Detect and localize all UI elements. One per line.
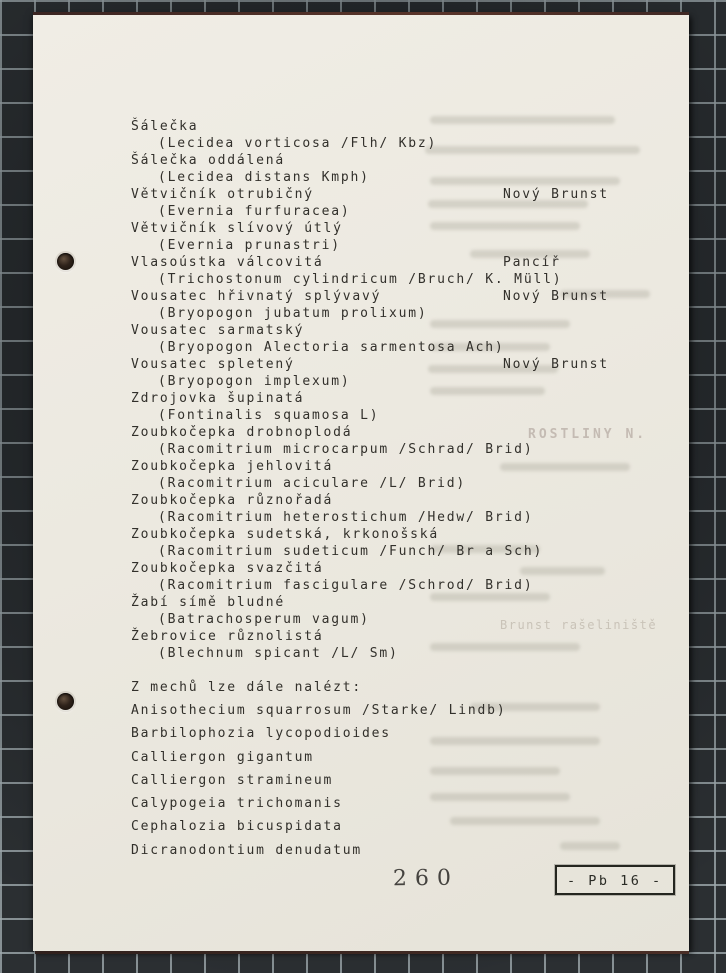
moss-species-item: Calliergon gigantum [131, 749, 506, 766]
locality-label: Nový Brunst [503, 288, 609, 305]
stamp-text: - Pb 16 - [567, 873, 663, 889]
species-entry: Vousatec sarmatský (Bryopogon Alectoria … [131, 322, 671, 356]
latin-name: (Evernia furfuracea) [131, 203, 671, 220]
species-entry: Zoubkočepka drobnoplodá (Racomitrium mic… [131, 424, 671, 458]
latin-name: (Bryopogon jubatum prolixum) [131, 305, 671, 322]
handwritten-page-number: 260 [393, 866, 459, 892]
species-entry: Šálečka (Lecidea vorticosa /Flh/ Kbz) [131, 118, 671, 152]
species-entry: Vousatec hřivnatý splývavý (Bryopogon ju… [131, 288, 671, 322]
species-entry: Zoubkočepka svazčitá (Racomitrium fascig… [131, 560, 671, 594]
moss-species-item: Cephalozia bicuspidata [131, 818, 506, 835]
document-page: ROSTLINY N. Brunst rašeliniště Šálečka (… [33, 15, 689, 951]
latin-name: (Lecidea distans Kmph) [131, 169, 671, 186]
czech-name: Zoubkočepka různořadá [131, 492, 671, 509]
moss-species-list: Anisothecium squarrosum /Starke/ Lindb) … [131, 702, 506, 865]
locality-label: Nový Brunst [503, 356, 609, 373]
czech-name: Žebrovice různolistá [131, 628, 671, 645]
latin-name: (Lecidea vorticosa /Flh/ Kbz) [131, 135, 671, 152]
latin-name: (Bryopogon Alectoria sarmentosa Ach) [131, 339, 671, 356]
moss-species-item: Anisothecium squarrosum /Starke/ Lindb) [131, 702, 506, 719]
czech-name: Vousatec sarmatský [131, 322, 671, 339]
latin-name: (Racomitrium microcarpum /Schrad/ Brid) [131, 441, 671, 458]
czech-name: Žabí símě bludné [131, 594, 671, 611]
species-entry: Žabí símě bludné (Batrachosperum vagum) [131, 594, 671, 628]
species-entry: Vousatec spletený (Bryopogon implexum) N… [131, 356, 671, 390]
moss-species-item: Dicranodontium denudatum [131, 842, 506, 859]
czech-name: Šálečka oddálená [131, 152, 671, 169]
moss-species-item: Calliergon stramineum [131, 772, 506, 789]
punch-hole-bottom [57, 693, 74, 710]
latin-name: (Racomitrium aciculare /L/ Brid) [131, 475, 671, 492]
moss-section-heading: Z mechů lze dále nalézt: [131, 680, 362, 695]
species-entry-list: Šálečka (Lecidea vorticosa /Flh/ Kbz) Šá… [131, 118, 671, 662]
czech-name: Šálečka [131, 118, 671, 135]
species-entry: Zoubkočepka různořadá (Racomitrium heter… [131, 492, 671, 526]
species-entry: Větvičník otrubičný (Evernia furfuracea)… [131, 186, 671, 220]
species-entry: Vlasoústka válcovitá (Trichostonum cylin… [131, 254, 671, 288]
latin-name: (Trichostonum cylindricum /Bruch/ K. Mül… [131, 271, 671, 288]
species-entry: Zdrojovka šupinatá (Fontinalis squamosa … [131, 390, 671, 424]
czech-name: Zoubkočepka svazčitá [131, 560, 671, 577]
czech-name: Zoubkočepka jehlovitá [131, 458, 671, 475]
moss-species-item: Calypogeia trichomanis [131, 795, 506, 812]
species-entry: Zoubkočepka jehlovitá (Racomitrium acicu… [131, 458, 671, 492]
species-entry: Zoubkočepka sudetská, krkonošská (Racomi… [131, 526, 671, 560]
punch-hole-top [57, 253, 74, 270]
locality-label: Pancíř [503, 254, 561, 271]
czech-name: Zoubkočepka drobnoplodá [131, 424, 671, 441]
czech-name: Zoubkočepka sudetská, krkonošská [131, 526, 671, 543]
latin-name: (Fontinalis squamosa L) [131, 407, 671, 424]
latin-name: (Racomitrium sudeticum /Funch/ Br a Sch) [131, 543, 671, 560]
czech-name: Větvičník slívový útlý [131, 220, 671, 237]
latin-name: (Bryopogon implexum) [131, 373, 671, 390]
latin-name: (Racomitrium fascigulare /Schrod/ Brid) [131, 577, 671, 594]
stamp-box: - Pb 16 - [555, 865, 675, 895]
species-entry: Větvičník slívový útlý (Evernia prunastr… [131, 220, 671, 254]
czech-name: Vlasoústka válcovitá [131, 254, 671, 271]
species-entry: Šálečka oddálená (Lecidea distans Kmph) [131, 152, 671, 186]
latin-name: (Racomitrium heterostichum /Hedw/ Brid) [131, 509, 671, 526]
locality-label: Nový Brunst [503, 186, 609, 203]
latin-name: (Blechnum spicant /L/ Sm) [131, 645, 671, 662]
moss-species-item: Barbilophozia lycopodioides [131, 725, 506, 742]
czech-name: Zdrojovka šupinatá [131, 390, 671, 407]
latin-name: (Evernia prunastri) [131, 237, 671, 254]
latin-name: (Batrachosperum vagum) [131, 611, 671, 628]
species-entry: Žebrovice různolistá (Blechnum spicant /… [131, 628, 671, 662]
desk-grid-background: ROSTLINY N. Brunst rašeliniště Šálečka (… [0, 0, 726, 973]
